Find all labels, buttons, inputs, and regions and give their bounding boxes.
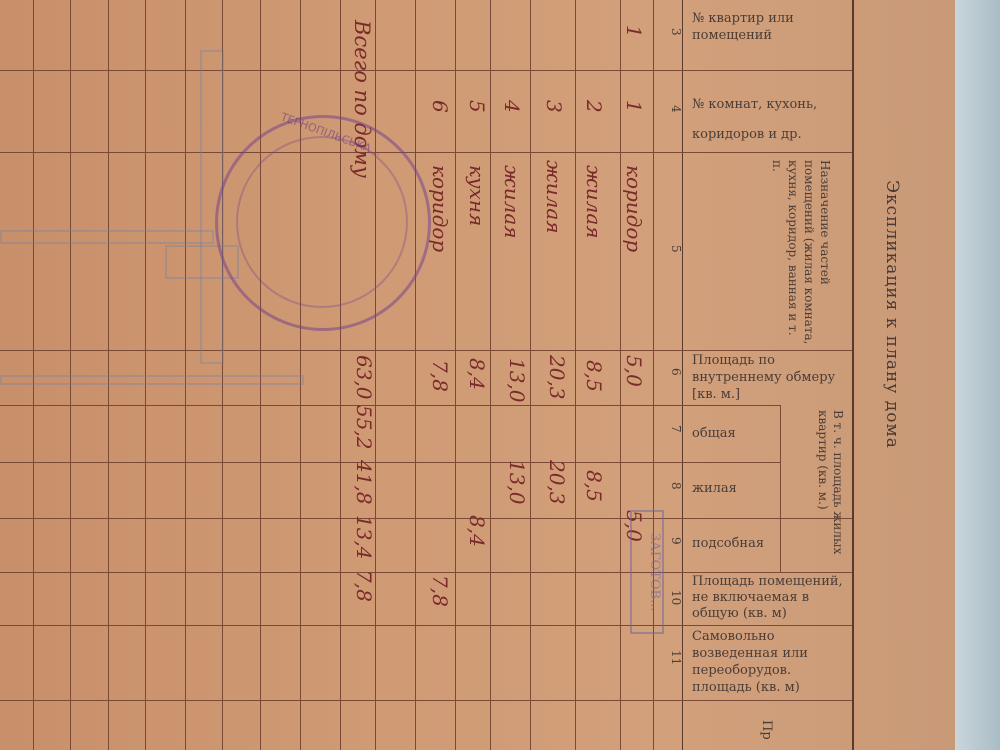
round-stamp-inner-ring (236, 136, 408, 308)
header-area-excluded: Площадь помещений, не включаемая в общую… (692, 574, 852, 622)
cell-area: 5,0 (622, 355, 646, 387)
header-group-residential: В т. ч. площадь жилых квартир (кв. м.) (790, 410, 845, 565)
header-living: жилая (692, 480, 737, 497)
row-line (575, 0, 576, 750)
column-number: 6 (655, 368, 683, 376)
cell-room: 2 (582, 100, 606, 113)
row-line (530, 0, 531, 750)
cell-purpose: коридор (622, 165, 646, 252)
header-room-purpose: Назначение частей помещений (жилая комна… (758, 160, 833, 345)
header-room-number: № комнат, кухонь, коридоров и др. (692, 90, 850, 150)
row-line (340, 0, 341, 750)
row-line (415, 0, 416, 750)
cell-excluded: 7,8 (428, 575, 452, 607)
header-total: общая (692, 425, 736, 442)
cell-area: 20,3 (545, 355, 569, 400)
column-number: 8 (655, 482, 683, 490)
column-divider (0, 350, 852, 351)
totals-area: 63,0 (352, 355, 376, 400)
background-surface (955, 0, 1000, 750)
cell-room: 3 (542, 100, 566, 113)
column-divider (0, 152, 852, 153)
cell-living: 20,3 (545, 460, 569, 505)
document-title: Экспликация к плану дома (862, 180, 902, 540)
pencil-sketch (0, 230, 214, 244)
totals-auxiliary: 13,4 (352, 515, 376, 560)
column-divider (0, 572, 852, 573)
row-line (620, 0, 621, 750)
column-number: 11 (655, 650, 683, 665)
header-unauthorized-area: Самовольно возведенная или переоборудов.… (692, 628, 852, 696)
column-divider (0, 518, 852, 519)
row-line (455, 0, 456, 750)
cell-area: 7,8 (428, 360, 452, 392)
pencil-sketch (0, 375, 304, 385)
header-area-internal: Площадь по внутреннему обмеру [кв. м.] (692, 352, 852, 403)
totals-excluded: 7,8 (352, 570, 376, 602)
cell-room: 1 (622, 100, 646, 113)
cell-purpose: жилая (582, 165, 606, 239)
cell-apartment: 1 (622, 25, 646, 38)
rectangular-stamp: ЗАГОТОВ... (630, 510, 664, 634)
group-divider (780, 405, 781, 572)
column-number: 4 (655, 105, 683, 113)
column-number: 7 (655, 425, 683, 433)
column-divider (0, 700, 852, 701)
cell-living: 8,5 (582, 470, 606, 502)
row-line (490, 0, 491, 750)
cell-area: 8,4 (465, 358, 489, 390)
totals-total: 55,2 (352, 405, 376, 450)
column-divider (0, 462, 780, 463)
cell-purpose: кухня (465, 165, 489, 226)
cell-purpose: жилая (542, 160, 566, 234)
cell-purpose: коридор (428, 165, 452, 252)
header-apartment-number: № квартир или помещений (692, 10, 842, 44)
document-sheet: Экспликация к плану дома № квартир или п… (0, 0, 955, 750)
column-number: 5 (655, 245, 683, 253)
column-divider (0, 625, 852, 626)
header-auxiliary: подсобная (692, 535, 764, 552)
column-number: 3 (655, 28, 683, 36)
cell-purpose: жилая (500, 165, 524, 239)
outer-frame-line (852, 0, 854, 750)
cell-auxiliary: 8,4 (465, 515, 489, 547)
column-divider (0, 405, 780, 406)
header-partial: Пр (758, 720, 775, 740)
cell-room: 6 (428, 100, 452, 113)
round-stamp: ТЕРНОПІЛЬСЬКА... (215, 115, 431, 331)
totals-living: 41,8 (352, 460, 376, 505)
cell-living: 13,0 (505, 460, 529, 505)
cell-area: 13,0 (505, 358, 529, 403)
cell-room: 4 (500, 100, 524, 113)
cell-room: 5 (465, 100, 489, 113)
column-divider (0, 70, 852, 71)
colnum-divider-line (653, 0, 654, 750)
cell-area: 8,5 (582, 360, 606, 392)
